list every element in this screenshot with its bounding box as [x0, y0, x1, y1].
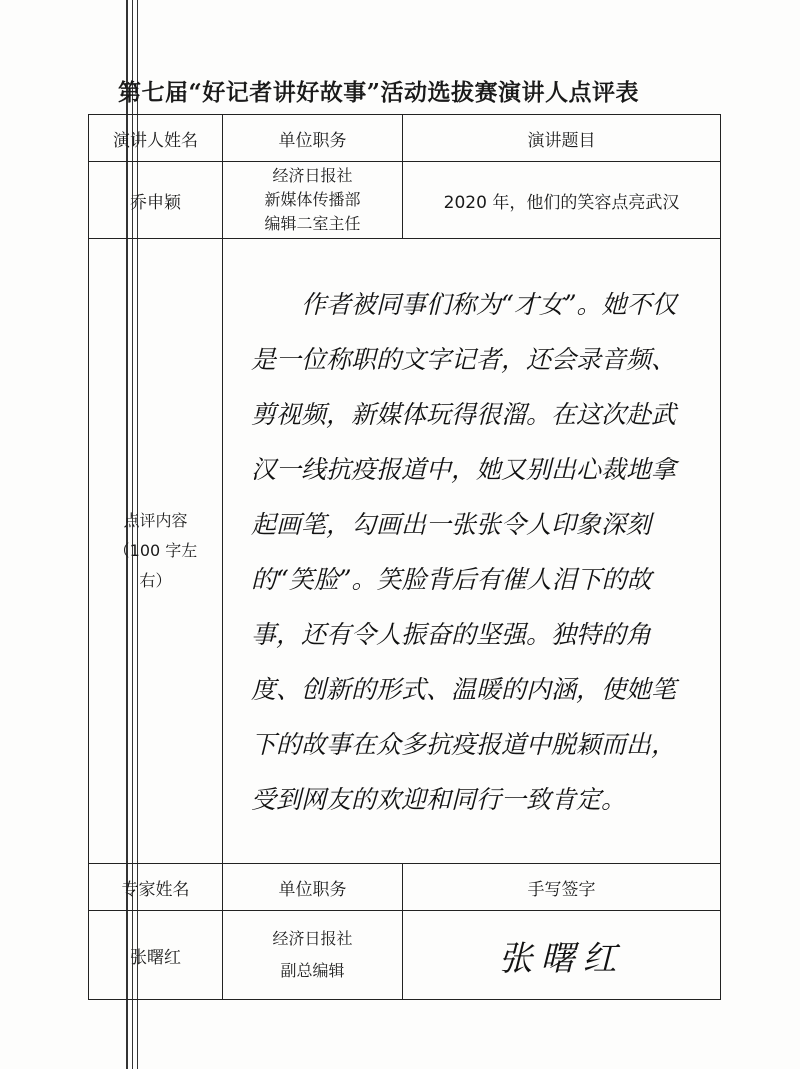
speaker-unit-line: 经济日报社	[223, 164, 402, 188]
comment-label-line: 右）	[103, 566, 208, 596]
header-signature: 手写签字	[403, 864, 721, 911]
expert-name: 张曙红	[89, 911, 223, 1000]
signature-cell: 张曙红	[403, 911, 721, 1000]
speech-topic: 2020 年，他们的笑容点亮武汉	[403, 162, 721, 239]
header-speaker-name: 演讲人姓名	[89, 115, 223, 162]
speaker-unit-line: 新媒体传播部	[223, 188, 402, 212]
header-expert-name: 专家姓名	[89, 864, 223, 911]
expert-row: 张曙红 经济日报社 副总编辑 张曙红	[89, 911, 721, 1000]
header-unit-position: 单位职务	[223, 115, 403, 162]
speaker-unit-line: 编辑二室主任	[223, 212, 402, 236]
handwritten-signature: 张曙红	[499, 939, 625, 979]
page-title: 第七届“好记者讲好故事”活动选拔赛演讲人点评表	[118, 74, 698, 107]
header-speech-topic: 演讲题目	[403, 115, 721, 162]
expert-unit-line: 副总编辑	[223, 955, 402, 987]
evaluation-form: 演讲人姓名 单位职务 演讲题目 乔申颖 经济日报社 新媒体传播部 编辑二室主任 …	[88, 114, 721, 1000]
comment-label-line: （100 字左	[103, 536, 208, 566]
comment-row: 点评内容 （100 字左 右） 作者被同事们称为“才女”。她不仅是一位称职的文字…	[89, 239, 721, 864]
expert-header-row: 专家姓名 单位职务 手写签字	[89, 864, 721, 911]
speaker-unit: 经济日报社 新媒体传播部 编辑二室主任	[223, 162, 403, 239]
speaker-name: 乔申颖	[89, 162, 223, 239]
speaker-row: 乔申颖 经济日报社 新媒体传播部 编辑二室主任 2020 年，他们的笑容点亮武汉	[89, 162, 721, 239]
expert-unit-line: 经济日报社	[223, 923, 402, 955]
header-expert-unit: 单位职务	[223, 864, 403, 911]
handwritten-comment: 作者被同事们称为“才女”。她不仅是一位称职的文字记者，还会录音频、剪视频，新媒体…	[223, 239, 721, 864]
expert-unit: 经济日报社 副总编辑	[223, 911, 403, 1000]
comment-label: 点评内容 （100 字左 右）	[89, 239, 223, 864]
speaker-header-row: 演讲人姓名 单位职务 演讲题目	[89, 115, 721, 162]
comment-label-line: 点评内容	[103, 506, 208, 536]
